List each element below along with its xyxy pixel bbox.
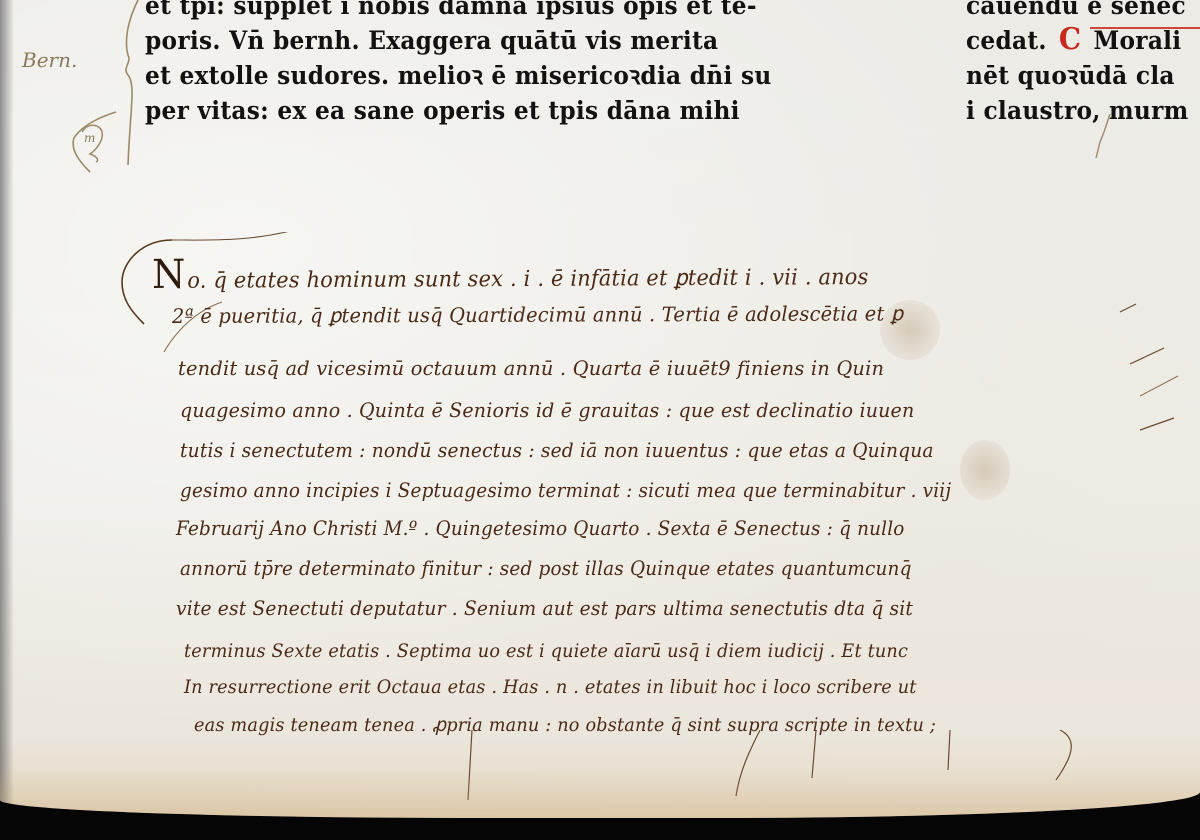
manuscript-line: No. q̄ etates hominum sunt sex . i . ē i… <box>152 248 869 298</box>
margin-stroke-icon <box>1094 112 1114 162</box>
rubric-rule <box>1090 27 1200 29</box>
manuscript-page: et tpi: supplet i nobis damna ipsius opi… <box>0 0 1200 818</box>
manuscript-line: annorū tp̄re determinato finitur : sed p… <box>180 556 912 580</box>
svg-text:m: m <box>84 131 95 145</box>
manicule-hand-icon: m <box>66 110 136 180</box>
printed-line: cauendū ē senec <box>966 0 1200 23</box>
paper-stain <box>960 440 1010 500</box>
printed-text: cedat. <box>966 26 1047 55</box>
manuscript-line: In resurrectione erit Octaua etas . Has … <box>184 676 917 698</box>
printed-line: i claustro, murm <box>966 93 1200 128</box>
manuscript-line: terminus Sexte etatis . Septima uo est i… <box>184 640 908 662</box>
printed-line: et extolle sudores. melioꝛ ē misericoꝛdi… <box>145 58 777 93</box>
printed-line: poris. Vn̄ bernh. Exaggera quātū vis mer… <box>145 23 777 58</box>
margin-note-bern: Bern. <box>22 48 77 72</box>
rubricated-paragraph-mark: C <box>1059 25 1081 55</box>
printed-line: per vitas: ex ea sane operis et tpis dān… <box>145 93 777 128</box>
line-end-strokes-icon <box>1110 300 1190 440</box>
printed-line: et tpi: supplet i nobis damna ipsius opi… <box>145 0 777 23</box>
printed-column-right: cauendū ē senec cedat. C Morali nēt quoꝛ… <box>966 0 1200 128</box>
printed-column-left: et tpi: supplet i nobis damna ipsius opi… <box>145 0 825 128</box>
descender-flourishes-icon <box>420 730 1120 810</box>
manuscript-line: vite est Senectuti deputatur . Senium au… <box>176 596 913 620</box>
manuscript-line: tendit usq̄ ad vicesimū octauum annū . Q… <box>178 356 884 380</box>
manuscript-line: quagesimo anno . Quinta ē Senioris id ē … <box>180 398 914 422</box>
printed-line: nēt quoꝛūdā cla <box>966 58 1200 93</box>
manuscript-line: 2ª ē pueritia, q̄ ꝑtendit usq̄ Quartidec… <box>172 301 903 328</box>
manuscript-line: tutis i senectutem : nondū senectus : se… <box>180 438 934 462</box>
manuscript-initial: N <box>152 252 186 298</box>
manuscript-line: gesimo anno incipies i Septuagesimo term… <box>180 478 951 502</box>
manuscript-line: Februarij Ano Christi M.º . Quingetesimo… <box>176 516 905 540</box>
printed-text: Morali <box>1093 26 1181 55</box>
